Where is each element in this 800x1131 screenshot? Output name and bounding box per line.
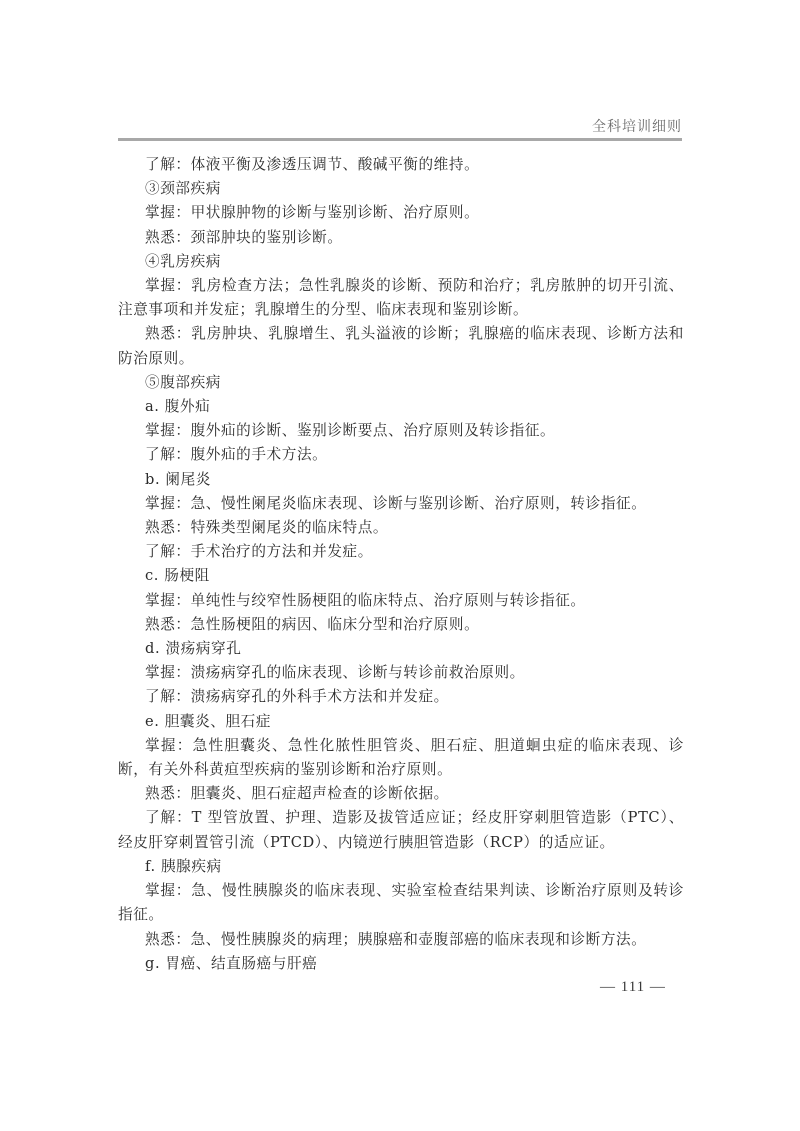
paragraph-pancreas-familiar: 熟悉：急、慢性胰腺炎的病理；胰腺癌和壶腹部癌的临床表现和诊断方法。 (118, 928, 684, 952)
subheading-obstruction: c. 肠梗阻 (118, 564, 684, 588)
page-number: — 111 — (600, 979, 666, 996)
paragraph-neck-master: 掌握：甲状腺肿物的诊断与鉴别诊断、治疗原则。 (118, 201, 684, 225)
section-heading-neck: ③颈部疾病 (118, 177, 684, 201)
paragraph-gallbladder-understand: 了解：T 型管放置、护理、造影及拔管适应证；经皮肝穿刺胆管造影（PTC）、经皮肝… (118, 806, 684, 854)
page-body: 了解：体液平衡及渗透压调节、酸碱平衡的维持。 ③颈部疾病 掌握：甲状腺肿物的诊断… (118, 153, 684, 976)
paragraph-gallbladder-familiar: 熟悉：胆囊炎、胆石症超声检查的诊断依据。 (118, 782, 684, 806)
paragraph-hernia-understand: 了解：腹外疝的手术方法。 (118, 443, 684, 467)
paragraph-ulcer-understand: 了解：溃疡病穿孔的外科手术方法和并发症。 (118, 685, 684, 709)
section-heading-breast: ④乳房疾病 (118, 250, 684, 274)
paragraph-gallbladder-master: 掌握：急性胆囊炎、急性化脓性胆管炎、胆石症、胆道蛔虫症的临床表现、诊断，有关外科… (118, 734, 684, 782)
paragraph-fluid-balance: 了解：体液平衡及渗透压调节、酸碱平衡的维持。 (118, 153, 684, 177)
section-heading-abdomen: ⑤腹部疾病 (118, 371, 684, 395)
subheading-pancreas: f. 胰腺疾病 (118, 855, 684, 879)
running-head-title: 全科培训细则 (592, 116, 682, 136)
paragraph-ulcer-master: 掌握：溃疡病穿孔的临床表现、诊断与转诊前救治原则。 (118, 661, 684, 685)
header-rule-divider (118, 138, 682, 141)
paragraph-hernia-master: 掌握：腹外疝的诊断、鉴别诊断要点、治疗原则及转诊指征。 (118, 419, 684, 443)
paragraph-appendicitis-master: 掌握：急、慢性阑尾炎临床表现、诊断与鉴别诊断、治疗原则，转诊指征。 (118, 492, 684, 516)
subheading-gallbladder: e. 胆囊炎、胆石症 (118, 710, 684, 734)
subheading-ulcer-perforation: d. 溃疡病穿孔 (118, 637, 684, 661)
paragraph-breast-master: 掌握：乳房检查方法；急性乳腺炎的诊断、预防和治疗；乳房脓肿的切开引流、注意事项和… (118, 274, 684, 322)
paragraph-breast-familiar: 熟悉：乳房肿块、乳腺增生、乳头溢液的诊断；乳腺癌的临床表现、诊断方法和防治原则。 (118, 322, 684, 370)
paragraph-appendicitis-understand: 了解：手术治疗的方法和并发症。 (118, 540, 684, 564)
paragraph-obstruction-master: 掌握：单纯性与绞窄性肠梗阻的临床特点、治疗原则与转诊指征。 (118, 589, 684, 613)
paragraph-neck-familiar: 熟悉：颈部肿块的鉴别诊断。 (118, 226, 684, 250)
subheading-gi-liver-cancer: g. 胃癌、结直肠癌与肝癌 (118, 952, 684, 976)
paragraph-obstruction-familiar: 熟悉：急性肠梗阻的病因、临床分型和治疗原则。 (118, 613, 684, 637)
subheading-hernia: a. 腹外疝 (118, 395, 684, 419)
paragraph-appendicitis-familiar: 熟悉：特殊类型阑尾炎的临床特点。 (118, 516, 684, 540)
subheading-appendicitis: b. 阑尾炎 (118, 468, 684, 492)
paragraph-pancreas-master: 掌握：急、慢性胰腺炎的临床表现、实验室检查结果判读、诊断治疗原则及转诊指征。 (118, 879, 684, 927)
